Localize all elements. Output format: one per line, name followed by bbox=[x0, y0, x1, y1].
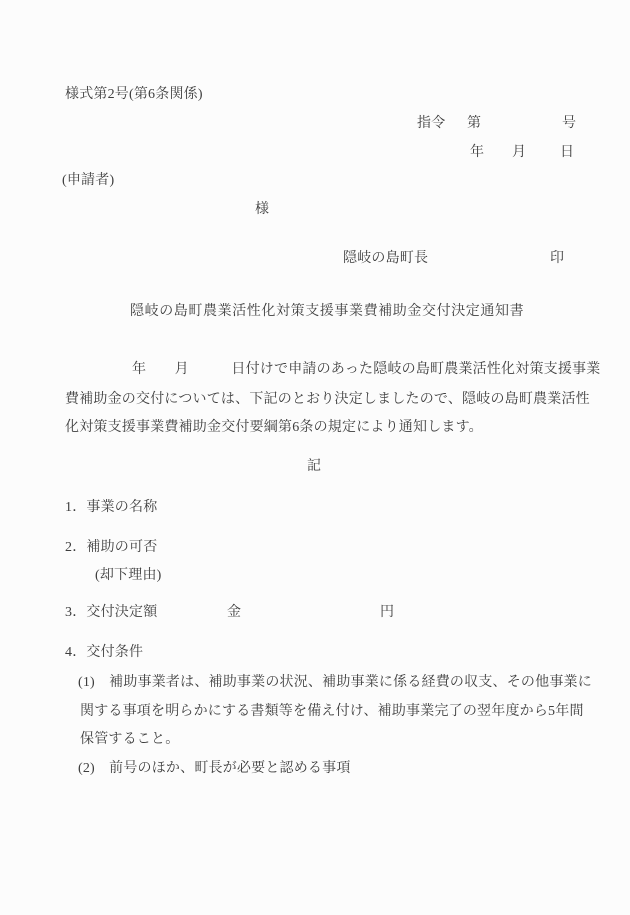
document-title: 隠岐の島町農業活性化対策支援事業費補助金交付決定通知書 bbox=[130, 305, 524, 319]
condition-1-line-2: 関する事項を明らかにする書類等を備え付け、補助事業完了の翌年度から5年間 bbox=[80, 705, 584, 719]
directive-number-suffix: 号 bbox=[562, 117, 576, 131]
condition-2-line-1: (2) 前号のほか、町長が必要と認める事項 bbox=[78, 762, 351, 776]
honorific-label: 様 bbox=[255, 203, 269, 217]
item-1-business-name: 1．事業の名称 bbox=[65, 501, 157, 515]
paragraph-line-1: 年 月 日付けで申請のあった隠岐の島町農業活性化対策支援事業 bbox=[132, 363, 600, 377]
date-day-label: 日 bbox=[560, 146, 574, 160]
item-2-rejection-reason: (却下理由) bbox=[95, 569, 162, 583]
paragraph-line-3: 化対策支援事業費補助金交付要綱第6条の規定により通知します。 bbox=[65, 421, 483, 435]
directive-label: 指令 bbox=[417, 117, 445, 131]
condition-1-line-1: (1) 補助事業者は、補助事業の状況、補助事業に係る経費の収支、その他事業に bbox=[78, 676, 592, 690]
directive-number-prefix: 第 bbox=[467, 117, 481, 131]
date-month-label: 月 bbox=[512, 146, 526, 160]
item-3-currency-suffix: 円 bbox=[380, 606, 394, 620]
item-3-grant-amount: 3．交付決定額 bbox=[65, 606, 157, 620]
item-4-grant-conditions: 4．交付条件 bbox=[65, 646, 143, 660]
date-year-label: 年 bbox=[470, 146, 484, 160]
seal-mark: 印 bbox=[550, 252, 564, 266]
document-page: 様式第2号(第6条関係) 指令 第 号 年 月 日 (申請者) 様 隠岐の島町長… bbox=[0, 0, 630, 915]
record-marker: 記 bbox=[307, 460, 321, 474]
paragraph-line-2: 費補助金の交付については、下記のとおり決定しましたので、隠岐の島町農業活性 bbox=[65, 393, 590, 407]
item-2-subsidy-approval: 2．補助の可否 bbox=[65, 541, 157, 555]
form-number: 様式第2号(第6条関係) bbox=[65, 88, 203, 102]
issuer-name: 隠岐の島町長 bbox=[343, 252, 428, 266]
item-3-currency-prefix: 金 bbox=[227, 606, 241, 620]
condition-1-line-3: 保管すること。 bbox=[80, 733, 179, 747]
applicant-label: (申請者) bbox=[62, 174, 114, 188]
